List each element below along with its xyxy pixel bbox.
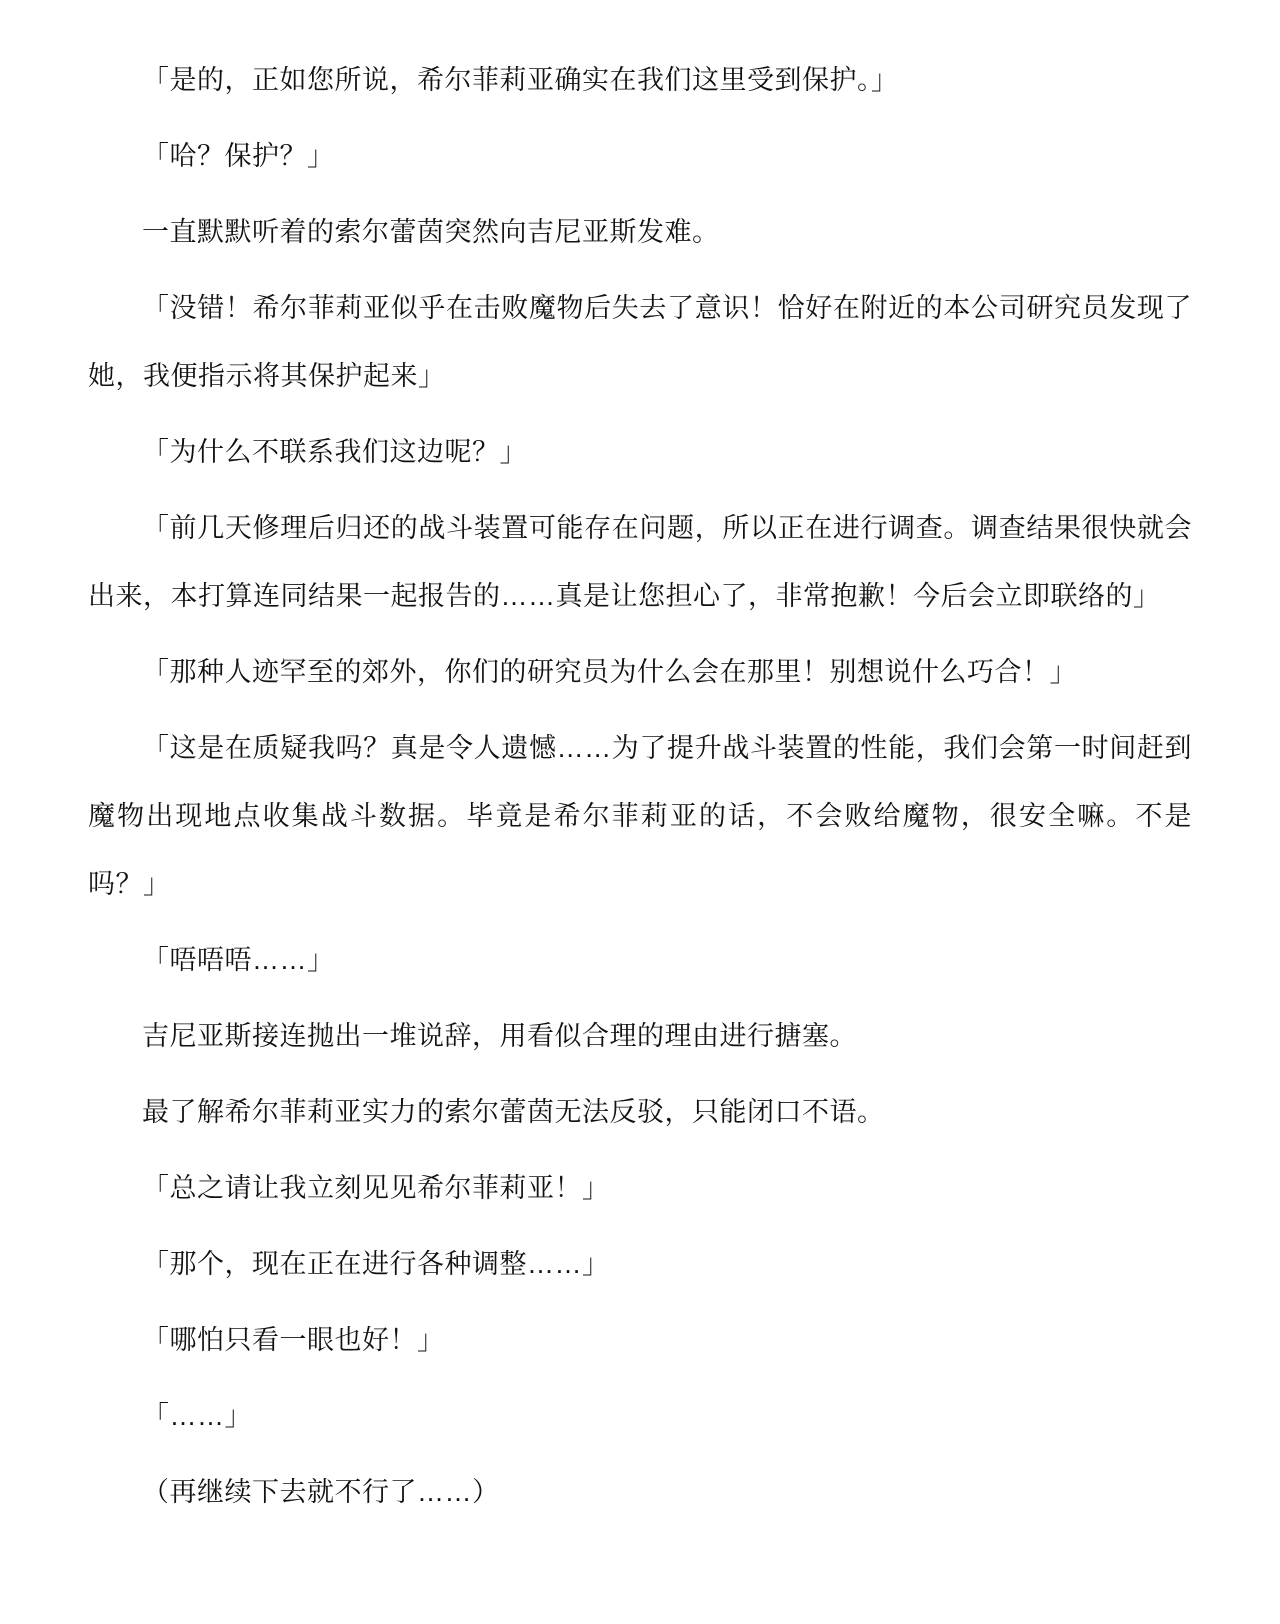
paragraph: 「没错！希尔菲莉亚似乎在击败魔物后失去了意识！恰好在附近的本公司研究员发现了她，… xyxy=(88,274,1192,410)
paragraph: 「为什么不联系我们这边呢？」 xyxy=(88,418,1192,486)
paragraph: 「哈？保护？」 xyxy=(88,122,1192,190)
paragraph: 最了解希尔菲莉亚实力的索尔蕾茵无法反驳，只能闭口不语。 xyxy=(88,1078,1192,1146)
paragraph: 「……」 xyxy=(88,1382,1192,1450)
paragraph: 一直默默听着的索尔蕾茵突然向吉尼亚斯发难。 xyxy=(88,198,1192,266)
paragraph: 「这是在质疑我吗？真是令人遗憾……为了提升战斗装置的性能，我们会第一时间赶到魔物… xyxy=(88,714,1192,918)
paragraph: 「那种人迹罕至的郊外，你们的研究员为什么会在那里！别想说什么巧合！」 xyxy=(88,638,1192,706)
paragraph: （再继续下去就不行了……） xyxy=(88,1458,1192,1526)
paragraph: 「那个，现在正在进行各种调整……」 xyxy=(88,1230,1192,1298)
novel-page: 「是的，正如您所说，希尔菲莉亚确实在我们这里受到保护。」 「哈？保护？」 一直默… xyxy=(0,0,1280,1624)
paragraph: 「前几天修理后归还的战斗装置可能存在问题，所以正在进行调查。调查结果很快就会出来… xyxy=(88,494,1192,630)
paragraph: 吉尼亚斯接连抛出一堆说辞，用看似合理的理由进行搪塞。 xyxy=(88,1002,1192,1070)
paragraph: 「总之请让我立刻见见希尔菲莉亚！」 xyxy=(88,1154,1192,1222)
paragraph: 「唔唔唔……」 xyxy=(88,926,1192,994)
paragraph: 「哪怕只看一眼也好！」 xyxy=(88,1306,1192,1374)
paragraph: 「是的，正如您所说，希尔菲莉亚确实在我们这里受到保护。」 xyxy=(88,46,1192,114)
